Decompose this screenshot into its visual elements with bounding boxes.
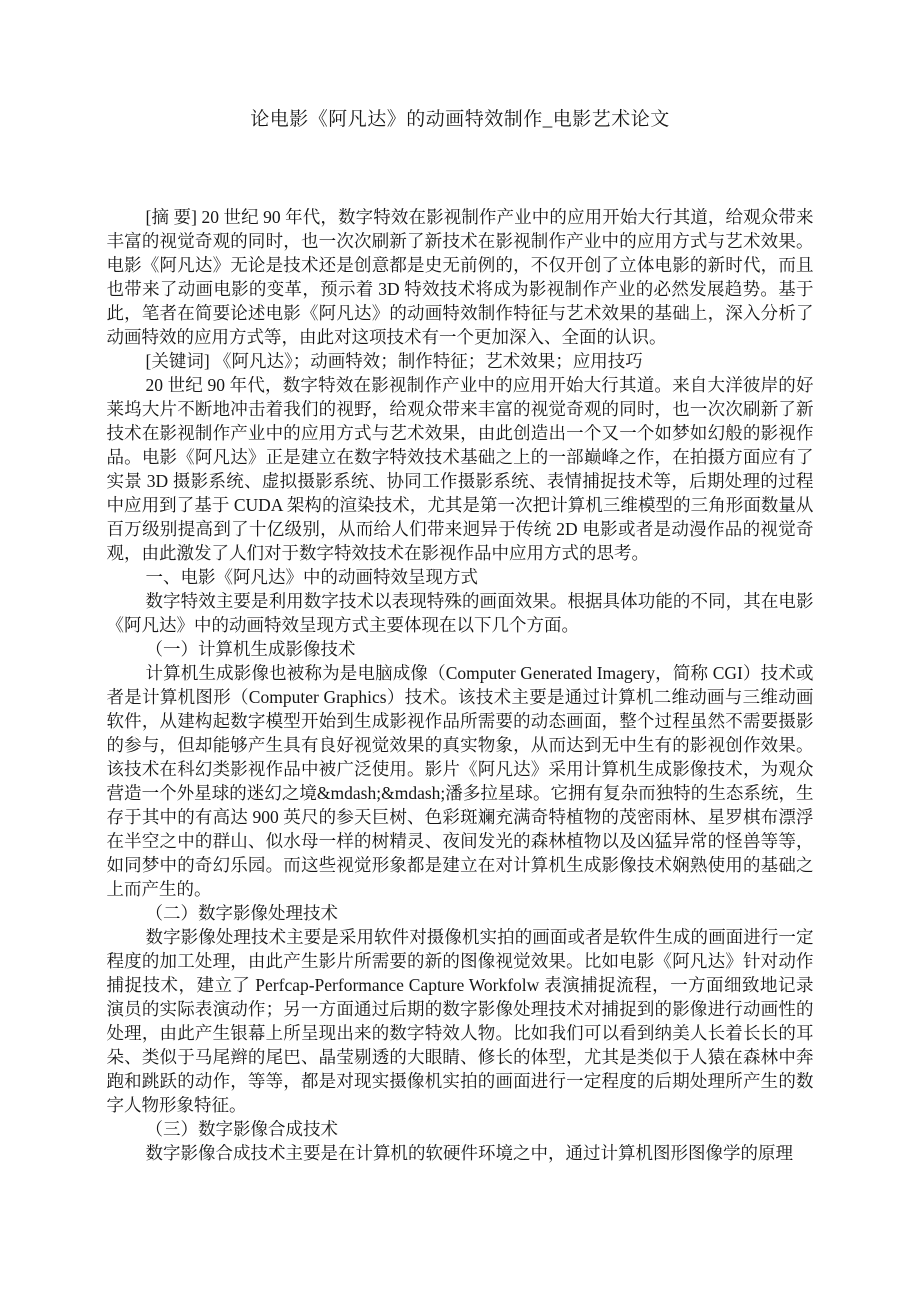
section-1-intro-paragraph: 数字特效主要是利用数字技术以表现特殊的画面效果。根据具体功能的不同，其在电影《阿… — [107, 589, 814, 637]
document-page: 论电影《阿凡达》的动画特效制作_电影艺术论文 [摘 要] 20 世纪 90 年代… — [0, 0, 920, 1302]
subsection-1-3-paragraph: 数字影像合成技术主要是在计算机的软硬件环境之中，通过计算机图形图像学的原理 — [107, 1141, 814, 1165]
document-content: 论电影《阿凡达》的动画特效制作_电影艺术论文 [摘 要] 20 世纪 90 年代… — [107, 106, 814, 1165]
subsection-1-3-heading: （三）数字影像合成技术 — [107, 1117, 814, 1141]
document-title: 论电影《阿凡达》的动画特效制作_电影艺术论文 — [107, 106, 814, 133]
subsection-1-2-paragraph: 数字影像处理技术主要是采用软件对摄像机实拍的画面或者是软件生成的画面进行一定程度… — [107, 925, 814, 1117]
abstract-paragraph: [摘 要] 20 世纪 90 年代，数字特效在影视制作产业中的应用开始大行其道，… — [107, 205, 814, 349]
section-1-heading: 一、电影《阿凡达》中的动画特效呈现方式 — [107, 565, 814, 589]
subsection-1-1-paragraph: 计算机生成影像也被称为是电脑成像（Computer Generated Imag… — [107, 661, 814, 901]
subsection-1-1-heading: （一）计算机生成影像技术 — [107, 637, 814, 661]
subsection-1-2-heading: （二）数字影像处理技术 — [107, 901, 814, 925]
keywords-paragraph: [关键词] 《阿凡达》；动画特效；制作特征；艺术效果；应用技巧 — [107, 349, 814, 373]
intro-paragraph: 20 世纪 90 年代，数字特效在影视制作产业中的应用开始大行其道。来自大洋彼岸… — [107, 373, 814, 565]
